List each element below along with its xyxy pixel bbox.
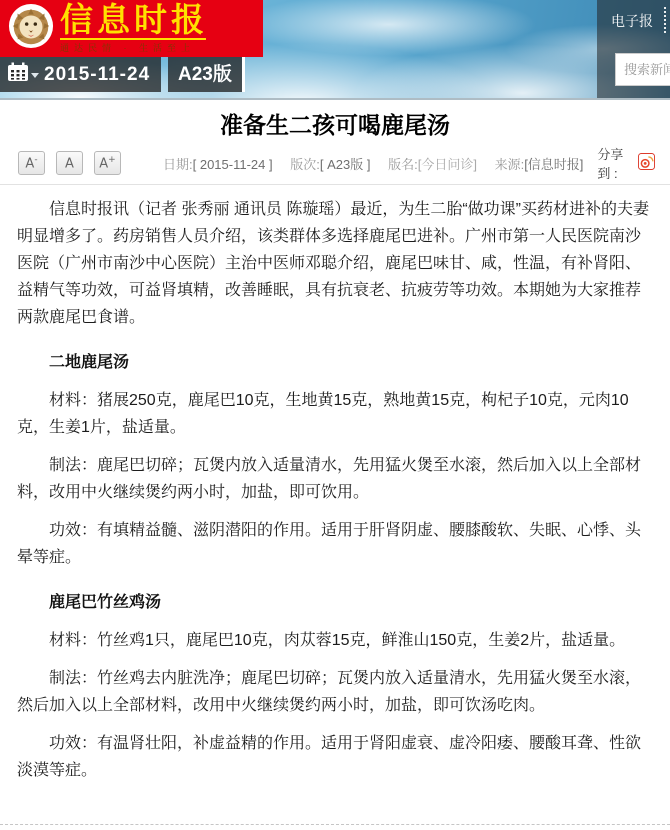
calendar-icon	[7, 62, 29, 87]
font-smaller-button[interactable]: A-	[18, 151, 45, 175]
meta-source: 来源:[信息时报]	[495, 157, 584, 172]
meta-date: 日期:[ 2015-11-24 ]	[163, 157, 273, 172]
share-label: 分享到 :	[597, 144, 632, 182]
site-name: 信息时报	[60, 3, 208, 37]
epaper-link[interactable]: 电子报	[611, 11, 653, 31]
meta-section: 版名:[今日问诊]	[388, 157, 477, 172]
masthead-logo[interactable]: 信息时报 通达民情 · 生活至上	[0, 0, 263, 57]
meta-row: A- A A+ 日期:[ 2015-11-24 ] 版次:[ A23版 ] 版名…	[0, 147, 670, 179]
logo-divider	[60, 38, 206, 40]
font-larger-button[interactable]: A+	[94, 151, 121, 175]
page-badge[interactable]: A23版	[168, 57, 245, 92]
logo-text-block: 信息时报 通达民情 · 生活至上	[60, 3, 208, 54]
recipe-heading: 二地鹿尾汤	[17, 349, 653, 376]
paragraph: 制法：鹿尾巴切碎；瓦煲内放入适量清水，先用猛火煲至水滚，然后加入以上全部材料，改…	[17, 452, 653, 506]
paragraph: 信息时报讯（记者 张秀丽 通讯员 陈璇瑶）最近，为生二胎“做功课”买药材进补的夫…	[17, 196, 653, 331]
article-container: 准备生二孩可喝鹿尾汤 A- A A+ 日期:[ 2015-11-24 ] 版次:…	[0, 111, 670, 784]
meta-edition: 版次:[ A23版 ]	[290, 157, 370, 172]
header-right-panel: 电子报	[597, 0, 670, 98]
paragraph: 材料：猪展250克，鹿尾巴10克，生地黄15克，熟地黄15克，枸杞子10克，元肉…	[17, 387, 653, 441]
paragraph: 功效：有填精益髓、滋阴潜阳的作用。适用于肝肾阴虚、腰膝酸软、失眠、心悸、头晕等症…	[17, 517, 653, 571]
search-input[interactable]	[615, 53, 670, 86]
paragraph: 功效：有温肾壮阳，补虚益精的作用。适用于肾阳虚衰、虚冷阳痿、腰酸耳聋、性欲淡漠等…	[17, 730, 653, 784]
font-size-controls: A- A A+	[18, 151, 121, 175]
paragraph: 制法：竹丝鸡去内脏洗净；鹿尾巴切碎；瓦煲内放入适量清水，先用猛火煲至水滚，然后加…	[17, 665, 653, 719]
bottom-dashed-divider	[0, 824, 670, 825]
font-normal-button[interactable]: A	[56, 151, 83, 175]
recipe-heading: 鹿尾巴竹丝鸡汤	[17, 589, 653, 616]
lion-logo-icon	[8, 3, 54, 54]
share-block: 分享到 :	[597, 144, 655, 182]
date-picker[interactable]: 2015-11-24	[0, 57, 161, 92]
meta-divider	[0, 184, 670, 185]
paragraph: 材料：竹丝鸡1只，鹿尾巴10克，肉苁蓉15克，鲜淮山150克，生姜2片，盐适量。	[17, 627, 653, 654]
article-body: 信息时报讯（记者 张秀丽 通讯员 陈璇瑶）最近，为生二胎“做功课”买药材进补的夫…	[0, 196, 670, 784]
article-meta: 日期:[ 2015-11-24 ] 版次:[ A23版 ] 版名:[今日问诊] …	[163, 154, 597, 173]
chevron-down-icon	[31, 73, 39, 78]
issue-date: 2015-11-24	[44, 64, 150, 86]
dotted-divider	[664, 7, 666, 33]
page: 信息时报 通达民情 · 生活至上 2015-11-2	[0, 0, 670, 830]
site-header: 信息时报 通达民情 · 生活至上 2015-11-2	[0, 0, 670, 100]
article-title: 准备生二孩可喝鹿尾汤	[0, 111, 670, 139]
site-tagline: 通达民情 · 生活至上	[60, 41, 208, 54]
weibo-share-icon[interactable]	[638, 153, 655, 173]
